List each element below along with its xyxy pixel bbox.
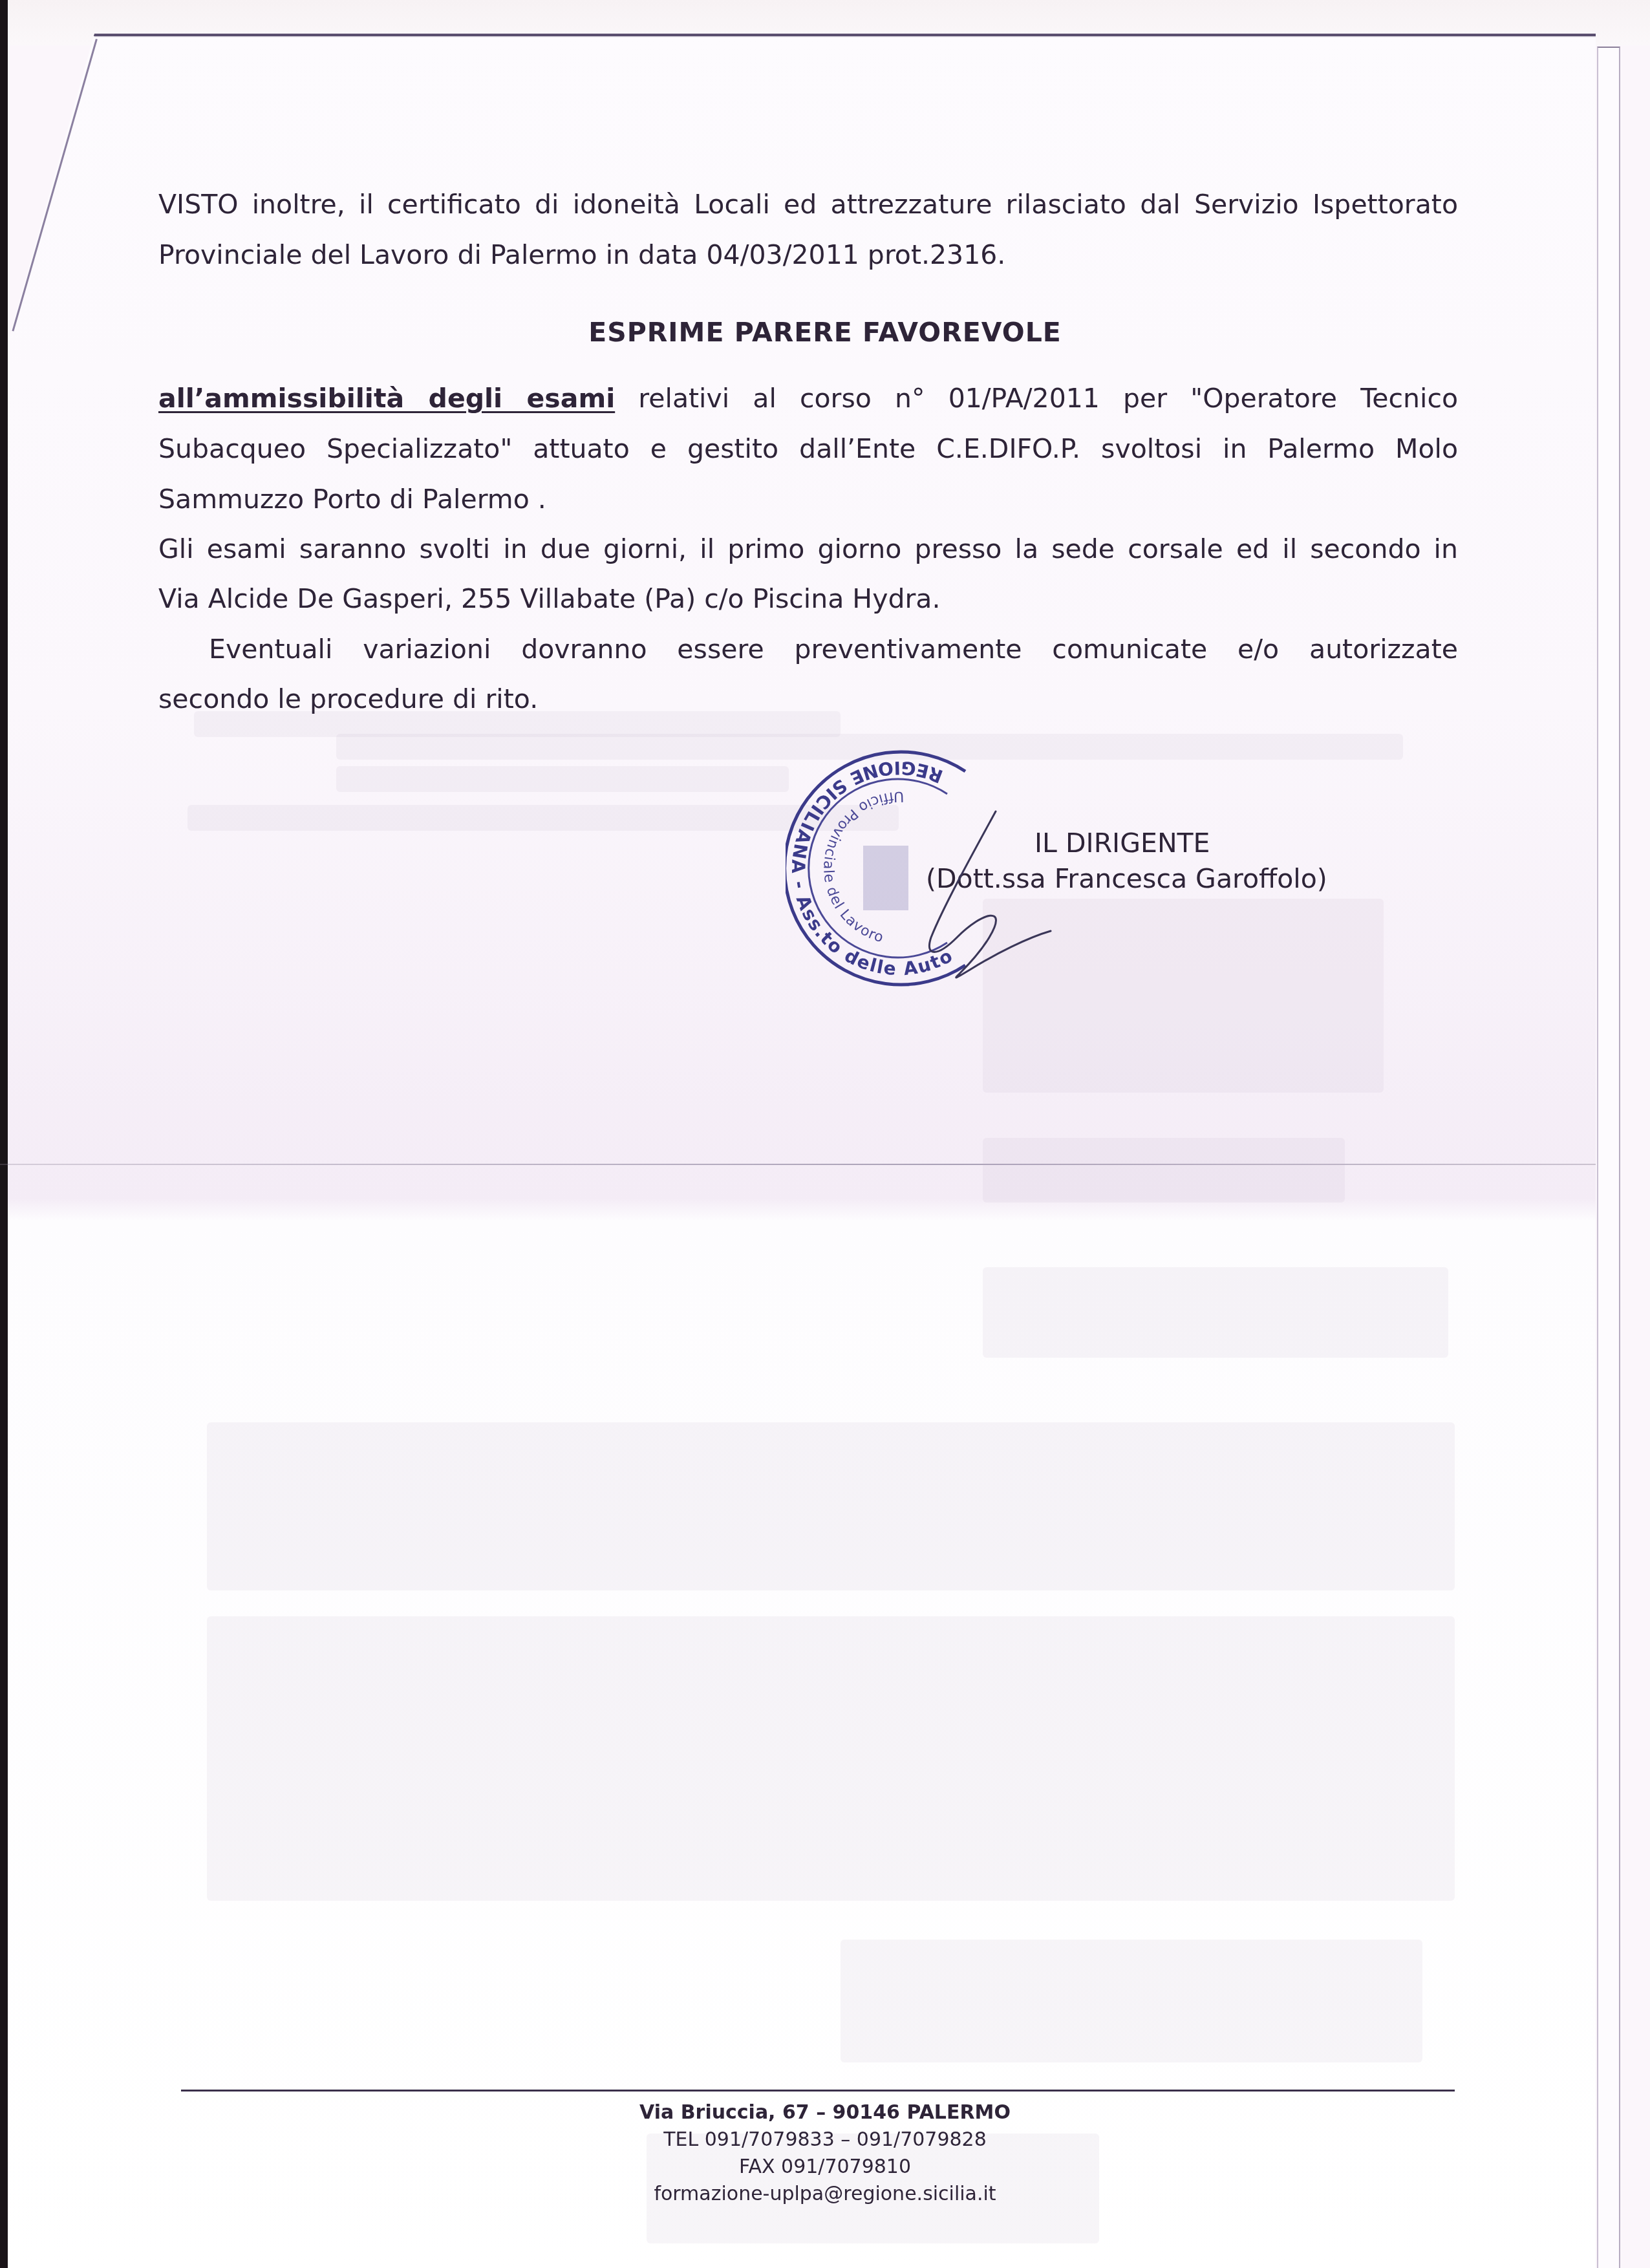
- bleed-through-list: [207, 1616, 1455, 1901]
- visto-paragraph-line-2: Provinciale del Lavoro di Palermo in dat…: [158, 238, 1458, 272]
- bleed-through-text: [336, 766, 789, 792]
- variazioni-paragraph-line-1: Eventuali variazioni dovranno essere pre…: [158, 632, 1458, 666]
- ammissibilita-paragraph-line-2: Subacqueo Specializzato" attuato e gesti…: [158, 432, 1458, 465]
- variazioni-paragraph-line-2: secondo le procedure di rito.: [158, 682, 1458, 716]
- bleed-through-address: [983, 1138, 1345, 1203]
- ammissibilita-lead: all’ammissibilità degli esami: [158, 383, 615, 414]
- paper-fold-line: [0, 1164, 1596, 1165]
- bleed-through-address: [983, 1267, 1448, 1358]
- ammissibilita-line-1-rest: relativi al corso n° 01/PA/2011 per "Ope…: [615, 383, 1458, 414]
- document-page: [0, 34, 1596, 2268]
- footer-email: formazione-uplpa@regione.sicilia.it: [0, 2181, 1650, 2207]
- back-sheet-edge: [1597, 47, 1620, 2268]
- page-top-edge: [94, 34, 1596, 37]
- footer-fax: FAX 091/7079810: [0, 2154, 1650, 2180]
- esami-paragraph-line-1: Gli esami saranno svolti in due giorni, …: [158, 532, 1458, 566]
- footer-address: Via Briuccia, 67 – 90146 PALERMO: [0, 2100, 1650, 2126]
- bleed-through-paragraph: [207, 1422, 1455, 1590]
- esami-paragraph-line-2: Via Alcide De Gasperi, 255 Villabate (Pa…: [158, 582, 1458, 615]
- visto-paragraph-line-1: VISTO inoltre, il certificato di idoneit…: [158, 187, 1458, 221]
- footer-divider: [181, 2090, 1455, 2091]
- ammissibilita-paragraph-line-1: all’ammissibilità degli esami relativi a…: [158, 381, 1458, 415]
- decision-heading: ESPRIME PARERE FAVOREVOLE: [0, 317, 1650, 348]
- handwritten-signature-icon: [899, 808, 1054, 983]
- ammissibilita-paragraph-line-3: Sammuzzo Porto di Palermo .: [158, 482, 1458, 516]
- bleed-through-signature: [841, 1940, 1422, 2062]
- signatory-title: IL DIRIGENTE: [1034, 828, 1210, 859]
- footer-telephone: TEL 091/7079833 – 091/7079828: [0, 2127, 1650, 2153]
